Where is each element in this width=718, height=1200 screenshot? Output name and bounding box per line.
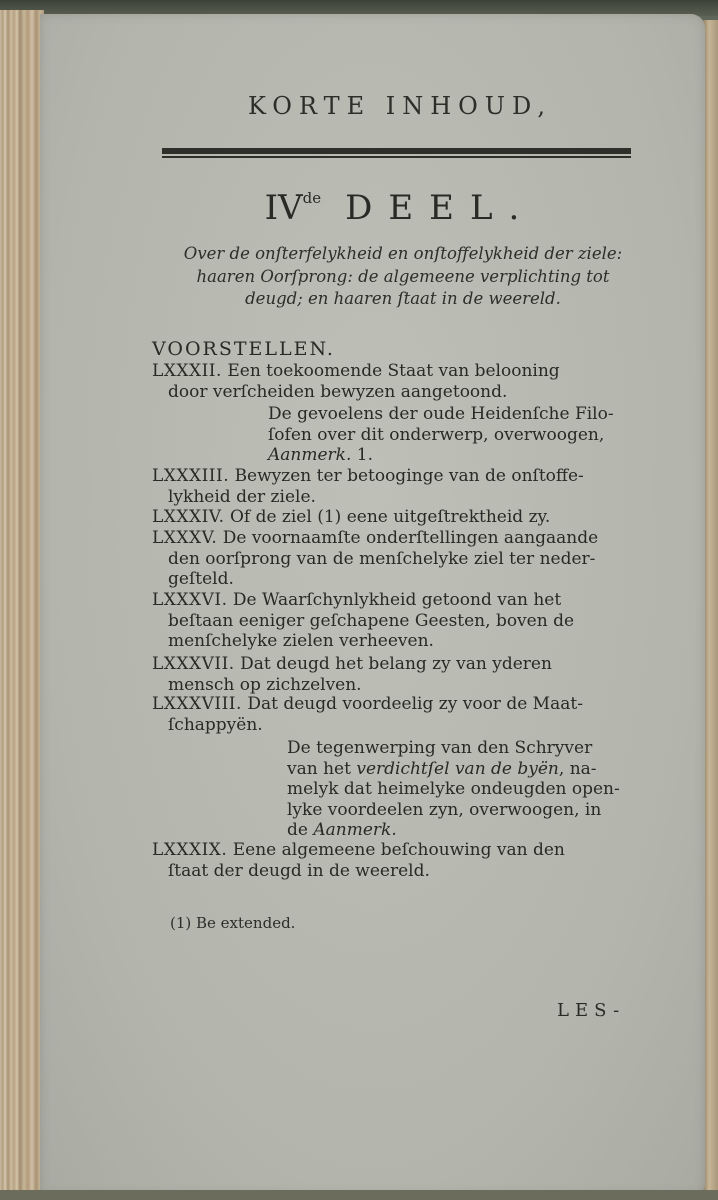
note-line: ſofen over dit onderwerp, overwoogen, [268, 425, 638, 446]
section-heading: VOORSTELLEN. [152, 338, 335, 360]
note-text: van het [287, 759, 356, 779]
footnote: (1) Be extended. [170, 914, 295, 932]
entry-continuation: lykheid der ziele. [152, 487, 638, 508]
entry-number: LXXXVIII. [152, 694, 242, 714]
rule-thick-line [162, 148, 631, 154]
page-edges-right [703, 20, 718, 1200]
note-line: De tegenwerping van den Schryver [287, 738, 638, 759]
toc-entry: LXXXII. Een toekoomende Staat van beloon… [152, 361, 638, 402]
entry-text: De Waarſchynlykheid getoond van het [233, 590, 561, 610]
part-numeral: IV [265, 188, 303, 228]
note-line: melyk dat heimelyke ondeugden open- [287, 779, 638, 800]
note-reference: Aanmerk. [313, 820, 396, 840]
note-line: De gevoelens der oude Heidenſche Filo- [268, 404, 638, 425]
entry-continuation: menſchelyke zielen verheeven. [152, 631, 638, 652]
entry-text: Dat deugd het belang zy van yderen [240, 654, 552, 674]
subtitle-line: deugd; en haaren ſtaat in de weereld. [163, 288, 643, 311]
entry-text: De voornaamſte onderſtellingen aangaande [223, 528, 598, 548]
toc-entry: LXXXIII. Bewyzen ter betooginge van de o… [152, 466, 638, 507]
entry-number: LXXXIX. [152, 840, 227, 860]
entry-continuation: beſtaan eeniger geſchapene Geesten, bove… [152, 611, 638, 632]
toc-entry: LXXXIV. Of de ziel (1) eene uitgeſtrekth… [152, 507, 638, 528]
part-title: IVdeDEEL. [160, 188, 640, 228]
entry-continuation: geſteld. [152, 569, 638, 590]
part-superscript: de [303, 189, 321, 207]
note-reference-number: 1. [357, 445, 373, 465]
note-reference: Aanmerk. [268, 445, 351, 465]
book-bottom-edge [0, 1190, 718, 1200]
entry-text: Een toekoomende Staat van belooning [227, 361, 559, 381]
entry-number: LXXXIII. [152, 466, 229, 486]
entry-number: LXXXV. [152, 528, 217, 548]
subtitle-line: Over de onſterfelykheid en onſtoffelykhe… [163, 243, 643, 266]
entry-continuation: door verſcheiden bewyzen aangetoond. [152, 382, 638, 403]
page-edges-left [0, 10, 44, 1190]
catchword: LES- [557, 1000, 625, 1021]
ornamental-rule [162, 148, 631, 160]
rule-thin-line [162, 156, 631, 158]
entry-text: Eene algemeene beſchouwing van den [233, 840, 565, 860]
toc-entry: LXXXVI. De Waarſchynlykheid getoond van … [152, 590, 638, 652]
annotation-note: De tegenwerping van den Schryver van het… [287, 738, 638, 841]
note-text: de [287, 820, 313, 840]
entry-text: Of de ziel (1) eene uitgeſtrektheid zy. [230, 507, 550, 527]
running-head: KORTE INHOUD, [160, 92, 640, 120]
toc-entry: LXXXVIII. Dat deugd voordeelig zy voor d… [152, 694, 638, 735]
part-word: DEEL. [345, 188, 535, 228]
note-italic-title: verdichtſel van de byën [356, 759, 559, 779]
note-line: lyke voordeelen zyn, overwoogen, in [287, 800, 638, 821]
note-text: , na- [559, 759, 597, 779]
subtitle-line: haaren Oorſprong: de algemeene verplicht… [163, 266, 643, 289]
entry-continuation: ſchappyën. [152, 715, 638, 736]
toc-entry: LXXXIX. Eene algemeene beſchouwing van d… [152, 840, 638, 881]
entry-number: LXXXII. [152, 361, 222, 381]
part-subtitle: Over de onſterfelykheid en onſtoffelykhe… [163, 243, 643, 311]
entry-text: Dat deugd voordeelig zy voor de Maat- [247, 694, 583, 714]
toc-entry: LXXXV. De voornaamſte onderſtellingen aa… [152, 528, 638, 590]
entry-number: LXXXVI. [152, 590, 228, 610]
entry-continuation: ſtaat der deugd in de weereld. [152, 861, 638, 882]
entry-number: LXXXIV. [152, 507, 225, 527]
toc-entry: LXXXVII. Dat deugd het belang zy van yde… [152, 654, 638, 695]
entry-text: Bewyzen ter betooginge van de onſtoffe- [235, 466, 584, 486]
entry-number: LXXXVII. [152, 654, 235, 674]
entry-continuation: mensch op zichzelven. [152, 675, 638, 696]
entry-continuation: den oorſprong van de menſchelyke ziel te… [152, 549, 638, 570]
annotation-note: De gevoelens der oude Heidenſche Filo- ſ… [268, 404, 638, 466]
